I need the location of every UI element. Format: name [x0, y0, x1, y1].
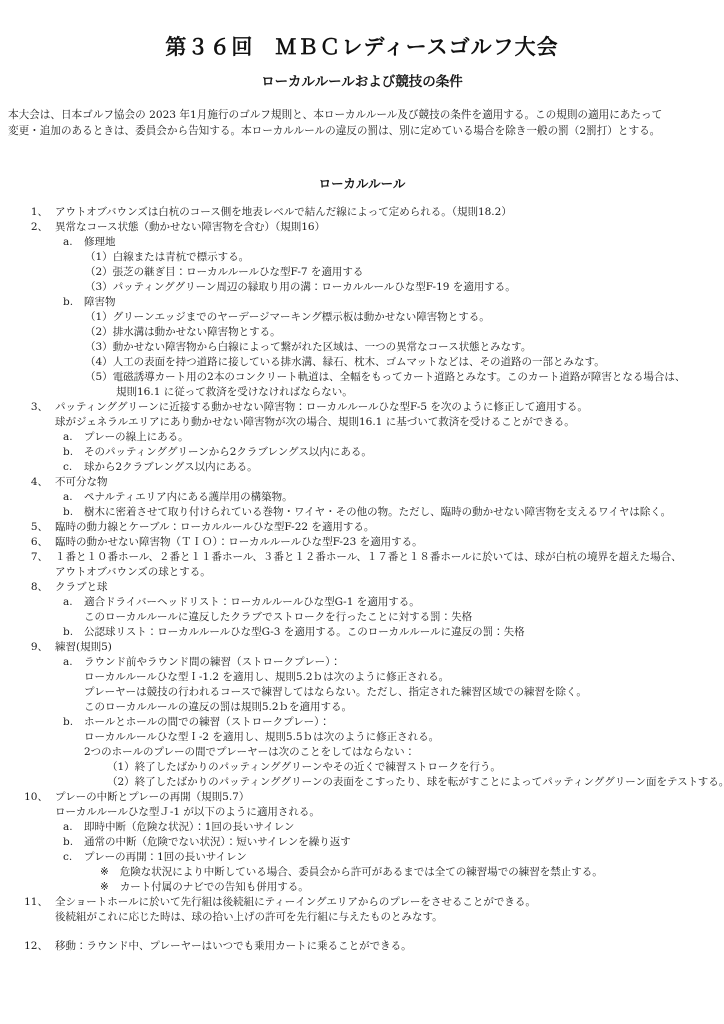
- rule-line: a.ラウンド前やラウンド間の練習（ストロークプレー）：: [0, 655, 724, 670]
- rule-text: そのパッティンググリーンから2クラブレングス以内にある。: [84, 446, 372, 458]
- rule-marker: b.: [63, 295, 73, 310]
- rule-text: 異常なコース状態（動かせない障害物を含む）（規則16）: [55, 221, 325, 233]
- rule-line: a.即時中断（危険な状況）：1回の長いサイレン: [0, 820, 724, 835]
- rule-text: ローカルルールひな型Ｉ-2 を適用し、規則5.5ｂは次のように修正される。: [84, 731, 439, 743]
- rule-marker: ※: [100, 880, 109, 895]
- rule-line: a.修理地: [0, 235, 724, 250]
- rule-text: 2つのホールのプレーの間でプレーヤーは次のことをしてはならない：: [84, 746, 415, 758]
- rule-marker: b.: [63, 505, 73, 520]
- rule-line: a.ペナルティエリア内にある護岸用の構築物。: [0, 490, 724, 505]
- rule-text: 臨時の動かせない障害物（ＴＩＯ）：ローカルルールひな型F-23 を適用する。: [55, 536, 423, 548]
- rule-text: プレーヤーは競技の行われるコースで練習してはならない。ただし、指定された練習区域…: [84, 686, 587, 698]
- rule-marker: 1、: [0, 205, 48, 220]
- rule-line: プレーヤーは競技の行われるコースで練習してはならない。ただし、指定された練習区域…: [0, 685, 724, 700]
- rule-line: このローカルルールに違反したクラブでストロークを行ったことに対する罰：失格: [0, 610, 724, 625]
- rule-line: （1）グリーンエッジまでのヤーデージマーキング標示板は動かせない障害物とする。: [0, 310, 724, 325]
- rule-marker: b.: [63, 625, 73, 640]
- rule-marker: a.: [63, 820, 73, 835]
- rule-marker: 6、: [0, 535, 48, 550]
- rule-marker: 7、: [0, 550, 48, 565]
- rule-marker: ※: [100, 865, 109, 880]
- section-heading: ローカルルール: [0, 176, 724, 192]
- rule-text: プレーの線上にある。: [84, 431, 189, 443]
- rule-text: ローカルルールひな型Ｉ-1.2 を適用し、規則5.2ｂは次のように修正される。: [84, 671, 449, 683]
- rule-line: （1）終了したばかりのパッティンググリーンやその近くで練習ストロークを行う。: [0, 760, 724, 775]
- rule-line: 2、異常なコース状態（動かせない障害物を含む）（規則16）: [0, 220, 724, 235]
- rule-line: 10、プレーの中断とプレーの再開（規則5.7）: [0, 790, 724, 805]
- rule-text: 練習(規則5): [55, 641, 112, 653]
- rule-text: 修理地: [84, 236, 116, 248]
- rule-text: 人工の表面を持つ道路に接している排水溝、縁石、枕木、ゴムマットなどは、その道路の…: [113, 356, 605, 368]
- rule-text: 終了したばかりのパッティンググリーンやその近くで練習ストロークを行う。: [135, 761, 501, 773]
- rule-text: 球から2クラブレングス以内にある。: [84, 461, 258, 473]
- rule-line: （3）動かせない障害物から白線によって繋がれた区域は、一つの異常なコース状態とみ…: [0, 340, 724, 355]
- rule-line: （3）パッティンググリーン周辺の縁取り用の溝：ローカルルールひな型F-19 を適…: [0, 280, 724, 295]
- rule-marker: （4）: [85, 355, 113, 370]
- rule-marker: （1）: [107, 760, 135, 775]
- rule-line: 球がジェネラルエリアにあり動かせない障害物が次の場合、規則16.1 に基づいて救…: [0, 415, 724, 430]
- rule-marker: 3、: [0, 400, 48, 415]
- rule-marker: c.: [63, 460, 72, 475]
- rule-marker: （5）: [85, 370, 113, 385]
- rule-marker: b.: [63, 445, 73, 460]
- rule-line: a.適合ドライバーヘッドリスト：ローカルルールひな型G-1 を適用する。: [0, 595, 724, 610]
- rule-text: 障害物: [84, 296, 116, 308]
- rule-marker: a.: [63, 595, 73, 610]
- rule-line: 11、全ショートホールに於いて先行組は後続組にティーイングエリアからのプレーをさ…: [0, 895, 724, 910]
- rule-text: 公認球リスト：ローカルルールひな型G-3 を適用する。このローカルルールに違反の…: [84, 626, 525, 638]
- rule-marker: 9、: [0, 640, 48, 655]
- rule-line: 2つのホールのプレーの間でプレーヤーは次のことをしてはならない：: [0, 745, 724, 760]
- rule-text: 電磁誘導カート用の2本のコンクリート軌道は、全幅をもってカート道路とみなす。この…: [113, 371, 686, 383]
- rule-line: （2）終了したばかりのパッティンググリーンの表面をこすったり、球を転がすことによ…: [0, 775, 724, 790]
- rule-text: 移動：ラウンド中、プレーヤーはいつでも乗用カートに乗ることができる。: [55, 940, 412, 952]
- rule-line: 4、不可分な物: [0, 475, 724, 490]
- rule-marker: （1）: [85, 310, 113, 325]
- rule-marker: c.: [63, 850, 72, 865]
- rule-text: 排水溝は動かせない障害物とする。: [113, 326, 281, 338]
- rule-line: a.プレーの線上にある。: [0, 430, 724, 445]
- rule-line: ローカルルールひな型Ｊ-1 が以下のように適用される。: [0, 805, 724, 820]
- rule-text: １番と１０番ホール、２番と１１番ホール、３番と１２番ホール、１７番と１８番ホール…: [55, 551, 682, 563]
- rule-marker: a.: [63, 655, 73, 670]
- rule-line: 12、移動：ラウンド中、プレーヤーはいつでも乗用カートに乗ることができる。: [0, 939, 724, 954]
- rule-line: アウトオブバウンズの球とする。: [0, 565, 724, 580]
- rule-line: 規則16.1 に従って救済を受けなければならない。: [0, 385, 724, 400]
- rule-line: b.障害物: [0, 295, 724, 310]
- rule-line: （2）排水溝は動かせない障害物とする。: [0, 325, 724, 340]
- rule-marker: （2）: [85, 325, 113, 340]
- rule-text: 臨時の動力線とケーブル：ローカルルールひな型F-22 を適用する。: [55, 521, 374, 533]
- rule-line: （2）張芝の継ぎ目：ローカルルールひな型F-7 を適用する: [0, 265, 724, 280]
- rule-text: 不可分な物: [55, 476, 108, 488]
- rule-line: b.そのパッティンググリーンから2クラブレングス以内にある。: [0, 445, 724, 460]
- rule-line: 9、練習(規則5): [0, 640, 724, 655]
- rule-marker: 4、: [0, 475, 48, 490]
- rule-line: ローカルルールひな型Ｉ-1.2 を適用し、規則5.2ｂは次のように修正される。: [0, 670, 724, 685]
- rule-line: b.ホールとホールの間での練習（ストロークプレー）：: [0, 715, 724, 730]
- rule-marker: 8、: [0, 580, 48, 595]
- rule-marker: 10、: [0, 790, 48, 805]
- rule-line: ローカルルールひな型Ｉ-2 を適用し、規則5.5ｂは次のように修正される。: [0, 730, 724, 745]
- rule-marker: a.: [63, 235, 73, 250]
- intro-paragraph: 本大会は、日本ゴルフ協会の 2023 年1月施行のゴルフ規則と、本ローカルルール…: [0, 108, 724, 140]
- rule-marker: 11、: [0, 895, 48, 910]
- rule-line: （1）白線または青杭で標示する。: [0, 250, 724, 265]
- rule-text: パッティンググリーンに近接する動かせない障害物：ローカルルールひな型F-5 を次…: [55, 401, 588, 413]
- rule-text: 動かせない障害物から白線によって繋がれた区域は、一つの異常なコース状態とみなす。: [113, 341, 532, 353]
- rule-line: ※危険な状況により中断している場合、委員会から許可があるまでは全ての練習場での練…: [0, 865, 724, 880]
- rule-line: 3、パッティンググリーンに近接する動かせない障害物：ローカルルールひな型F-5 …: [0, 400, 724, 415]
- rule-text: プレーの中断とプレーの再開（規則5.7）: [55, 791, 249, 803]
- rule-text: 白線または青杭で標示する。: [113, 251, 250, 263]
- intro-line: 変更・追加のあるときは、委員会から告知する。本ローカルルールの違反の罰は、別に定…: [8, 124, 718, 140]
- rule-marker: 12、: [0, 939, 48, 954]
- rule-text: 終了したばかりのパッティンググリーンの表面をこすったり、球を転がすことによってパ…: [135, 776, 724, 788]
- rule-marker: 2、: [0, 220, 48, 235]
- rule-text: ラウンド前やラウンド間の練習（ストロークプレー）：: [84, 656, 341, 668]
- rule-text: パッティンググリーン周辺の縁取り用の溝：ローカルルールひな型F-19 を適用する…: [113, 281, 516, 293]
- rule-marker: a.: [63, 430, 73, 445]
- rule-line: （5）電磁誘導カート用の2本のコンクリート軌道は、全幅をもってカート道路とみなす…: [0, 370, 724, 385]
- rule-text: 規則16.1 に従って救済を受けなければならない。: [116, 386, 353, 398]
- page-title: 第３６回 ＭＢＣレディースゴルフ大会: [0, 34, 724, 60]
- rule-text: プレーの再開：1回の長いサイレン: [84, 851, 247, 863]
- rule-text: アウトオブバウンズは白杭のコース側を地表レベルで結んだ線によって定められる。（規…: [55, 206, 512, 218]
- rule-text: このローカルルールに違反したクラブでストロークを行ったことに対する罰：失格: [84, 611, 472, 623]
- rule-line: このローカルルールの違反の罰は規則5.2ｂを適用する。: [0, 700, 724, 715]
- page-subtitle: ローカルルールおよび競技の条件: [0, 74, 724, 91]
- rule-line: b.樹木に密着させて取り付けられている巻物・ワイヤ・その他の物。ただし、臨時の動…: [0, 505, 724, 520]
- rule-line: 7、１番と１０番ホール、２番と１１番ホール、３番と１２番ホール、１７番と１８番ホ…: [0, 550, 724, 565]
- rule-text: ローカルルールひな型Ｊ-1 が以下のように適用される。: [55, 806, 320, 818]
- rule-line: 後続組がこれに応じた時は、球の拾い上げの許可を先行組に与えたものとみなす。: [0, 910, 724, 925]
- rule-text: 通常の中断（危険でない状況）：短いサイレンを繰り返す: [84, 836, 351, 848]
- rule-text: 樹木に密着させて取り付けられている巻物・ワイヤ・その他の物。ただし、臨時の動かせ…: [84, 506, 671, 518]
- rule-text: 全ショートホールに於いて先行組は後続組にティーイングエリアからのプレーをさせるこ…: [55, 896, 536, 908]
- document-page: 第３６回 ＭＢＣレディースゴルフ大会 ローカルルールおよび競技の条件 本大会は、…: [0, 0, 724, 1024]
- rule-marker: （2）: [107, 775, 135, 790]
- rule-text: クラブと球: [55, 581, 108, 593]
- rule-line: 6、臨時の動かせない障害物（ＴＩＯ）：ローカルルールひな型F-23 を適用する。: [0, 535, 724, 550]
- rule-line: 5、臨時の動力線とケーブル：ローカルルールひな型F-22 を適用する。: [0, 520, 724, 535]
- rule-marker: （3）: [85, 280, 113, 295]
- rule-text: 後続組がこれに応じた時は、球の拾い上げの許可を先行組に与えたものとみなす。: [55, 911, 443, 923]
- rule-text: 適合ドライバーヘッドリスト：ローカルルールひな型G-1 を適用する。: [84, 596, 420, 608]
- rule-text: このローカルルールの違反の罰は規則5.2ｂを適用する。: [84, 701, 352, 713]
- rule-text: カート付属のナビでの告知も併用する。: [120, 881, 309, 893]
- rule-marker: （3）: [85, 340, 113, 355]
- rule-marker: a.: [63, 490, 73, 505]
- rule-marker: （2）: [85, 265, 113, 280]
- rule-text: 球がジェネラルエリアにあり動かせない障害物が次の場合、規則16.1 に基づいて救…: [55, 416, 575, 428]
- rule-marker: b.: [63, 715, 73, 730]
- rule-text: 危険な状況により中断している場合、委員会から許可があるまでは全ての練習場での練習…: [120, 866, 603, 878]
- rule-line: c.球から2クラブレングス以内にある。: [0, 460, 724, 475]
- rule-marker: b.: [63, 835, 73, 850]
- rule-marker: （1）: [85, 250, 113, 265]
- rule-line: 8、クラブと球: [0, 580, 724, 595]
- rule-text: ホールとホールの間での練習（ストロークプレー）：: [84, 716, 330, 728]
- rule-line: c.プレーの再開：1回の長いサイレン: [0, 850, 724, 865]
- rule-text: ペナルティエリア内にある護岸用の構築物。: [84, 491, 293, 503]
- rule-text: グリーンエッジまでのヤーデージマーキング標示板は動かせない障害物とする。: [113, 311, 490, 323]
- rule-text: 張芝の継ぎ目：ローカルルールひな型F-7 を適用する: [113, 266, 364, 278]
- rule-text: アウトオブバウンズの球とする。: [55, 566, 211, 578]
- rule-line: b.公認球リスト：ローカルルールひな型G-3 を適用する。このローカルルールに違…: [0, 625, 724, 640]
- rule-line: b.通常の中断（危険でない状況）：短いサイレンを繰り返す: [0, 835, 724, 850]
- rule-text: 即時中断（危険な状況）：1回の長いサイレン: [84, 821, 294, 833]
- rule-line: 1、アウトオブバウンズは白杭のコース側を地表レベルで結んだ線によって定められる。…: [0, 205, 724, 220]
- rules-list: 1、アウトオブバウンズは白杭のコース側を地表レベルで結んだ線によって定められる。…: [0, 205, 724, 954]
- rule-marker: 5、: [0, 520, 48, 535]
- rule-line: （4）人工の表面を持つ道路に接している排水溝、縁石、枕木、ゴムマットなどは、その…: [0, 355, 724, 370]
- intro-line: 本大会は、日本ゴルフ協会の 2023 年1月施行のゴルフ規則と、本ローカルルール…: [8, 108, 718, 124]
- rule-line: ※カート付属のナビでの告知も併用する。: [0, 880, 724, 895]
